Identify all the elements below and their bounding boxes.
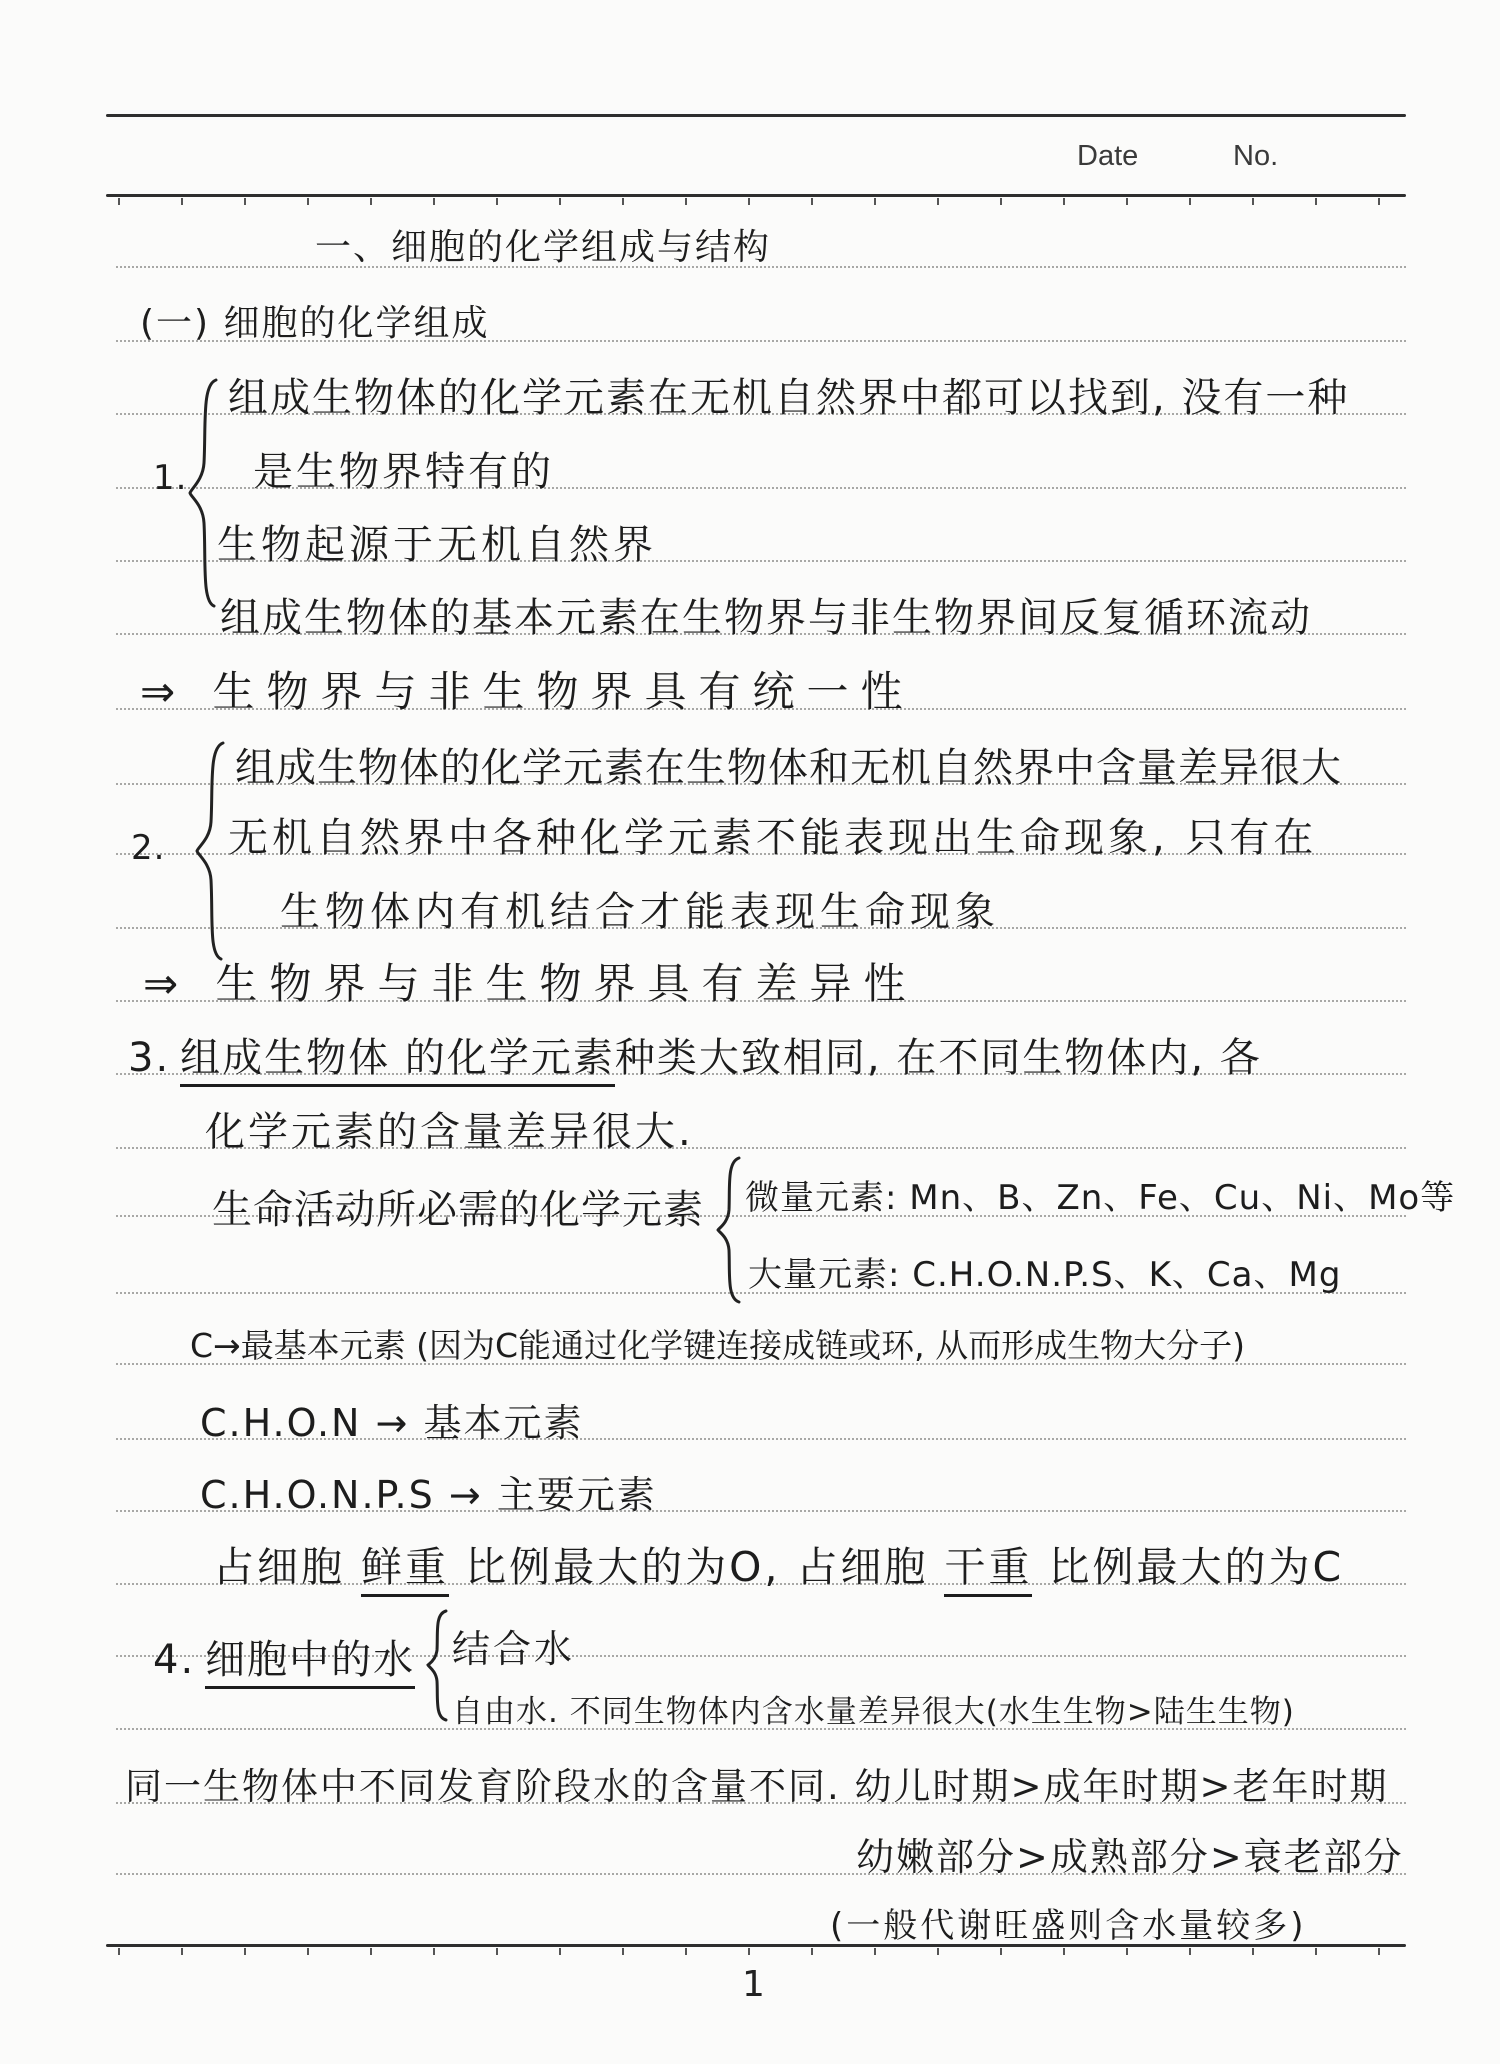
header-tick-marks [118,198,1394,205]
section-heading: (一) 细胞的化学组成 [140,295,490,346]
elements-brace [713,1155,743,1305]
major-elements-line: 大量元素: C.H.O.N.P.S、K、Ca、Mg [748,1247,1341,1296]
item4-heading: 4.细胞中的水 [153,1628,415,1685]
page-number: 1 [742,1964,765,2005]
main-elements-line: C.H.O.N.P.S → 主要元素 [200,1464,657,1519]
item1-line3: 生物起源于无机自然界 [217,513,657,570]
item4-number: 4. [153,1637,195,1683]
footer-tick-marks [118,1948,1394,1955]
item3-line1: 3.组成生物体 的化学元素种类大致相同, 在不同生物体内, 各 [128,1026,1262,1083]
top-border-line [106,114,1406,117]
date-label: Date [1077,140,1138,173]
item1-line4: 组成生物体的基本元素在生物界与非生物界间反复循环流动 [220,586,1312,643]
item2-number: 2. [131,828,165,868]
item3-line1-rest: 种类大致相同, 在不同生物体内, 各 [615,1035,1262,1081]
weight-part3: 比例最大的为C [1032,1543,1344,1591]
bound-water-line: 结合水 [452,1618,575,1673]
page-title: 一、细胞的化学组成与结构 [315,219,771,270]
item1-line2: 是生物界特有的 [253,440,554,497]
item2-conclusion: ⇒ 生物界与非生物界具有差异性 [143,951,918,1011]
metabolism-note-line: (一般代谢旺盛则含水量较多) [830,1898,1307,1947]
item1-brace [184,377,220,609]
notebook-page: { "header": { "date_label": "Date", "no_… [0,0,1500,2064]
bottom-border-line [106,1944,1406,1947]
water-stages-line: 同一生物体中不同发育阶段水的含量不同. 幼儿时期>成年时期>老年时期 [125,1756,1389,1810]
item2-line3: 生物体内有机结合才能表现生命现象 [280,880,1000,937]
item2-line2: 无机自然界中各种化学元素不能表现出生命现象, 只有在 [228,806,1317,863]
item4-underlined-text: 细胞中的水 [205,1637,415,1689]
no-label: No. [1233,140,1278,173]
fresh-weight-underlined: 鲜重 [361,1543,449,1597]
item3-underlined-text: 组成生物体 的化学元素 [180,1035,615,1087]
basic-elements-line: C.H.O.N → 基本元素 [200,1392,583,1447]
weight-part1: 占细胞 [213,1543,361,1591]
item2-brace [191,740,227,962]
item1-line1: 组成生物体的化学元素在无机自然界中都可以找到, 没有一种 [228,366,1349,423]
dry-weight-underlined: 干重 [944,1543,1032,1597]
weight-part2: 比例最大的为O, 占细胞 [449,1543,944,1591]
item1-number: 1. [153,458,187,498]
elements-label: 生命活动所必需的化学元素 [212,1178,704,1235]
trace-elements-line: 微量元素: Mn、B、Zn、Fe、Cu、Ni、Mo等 [745,1170,1455,1219]
item1-conclusion: ⇒ 生物界与非生物界具有统一性 [140,659,915,719]
item3-number: 3. [128,1035,170,1081]
water-brace [424,1608,450,1723]
free-water-line: 自由水. 不同生物体内含水量差异很大(水生生物>陆生生物) [452,1686,1295,1731]
carbon-basic-element-line: C→最基本元素 (因为C能通过化学键连接成链或环, 从而形成生物大分子) [190,1320,1245,1367]
header-rule-line [106,194,1406,197]
item3-line2: 化学元素的含量差异很大. [205,1100,694,1157]
weight-line: 占细胞 鲜重 比例最大的为O, 占细胞 干重 比例最大的为C [213,1534,1344,1593]
water-parts-line: 幼嫩部分>成熟部分>衰老部分 [856,1826,1404,1881]
item2-line1: 组成生物体的化学元素在生物体和无机自然界中含量差异很大 [235,736,1342,793]
